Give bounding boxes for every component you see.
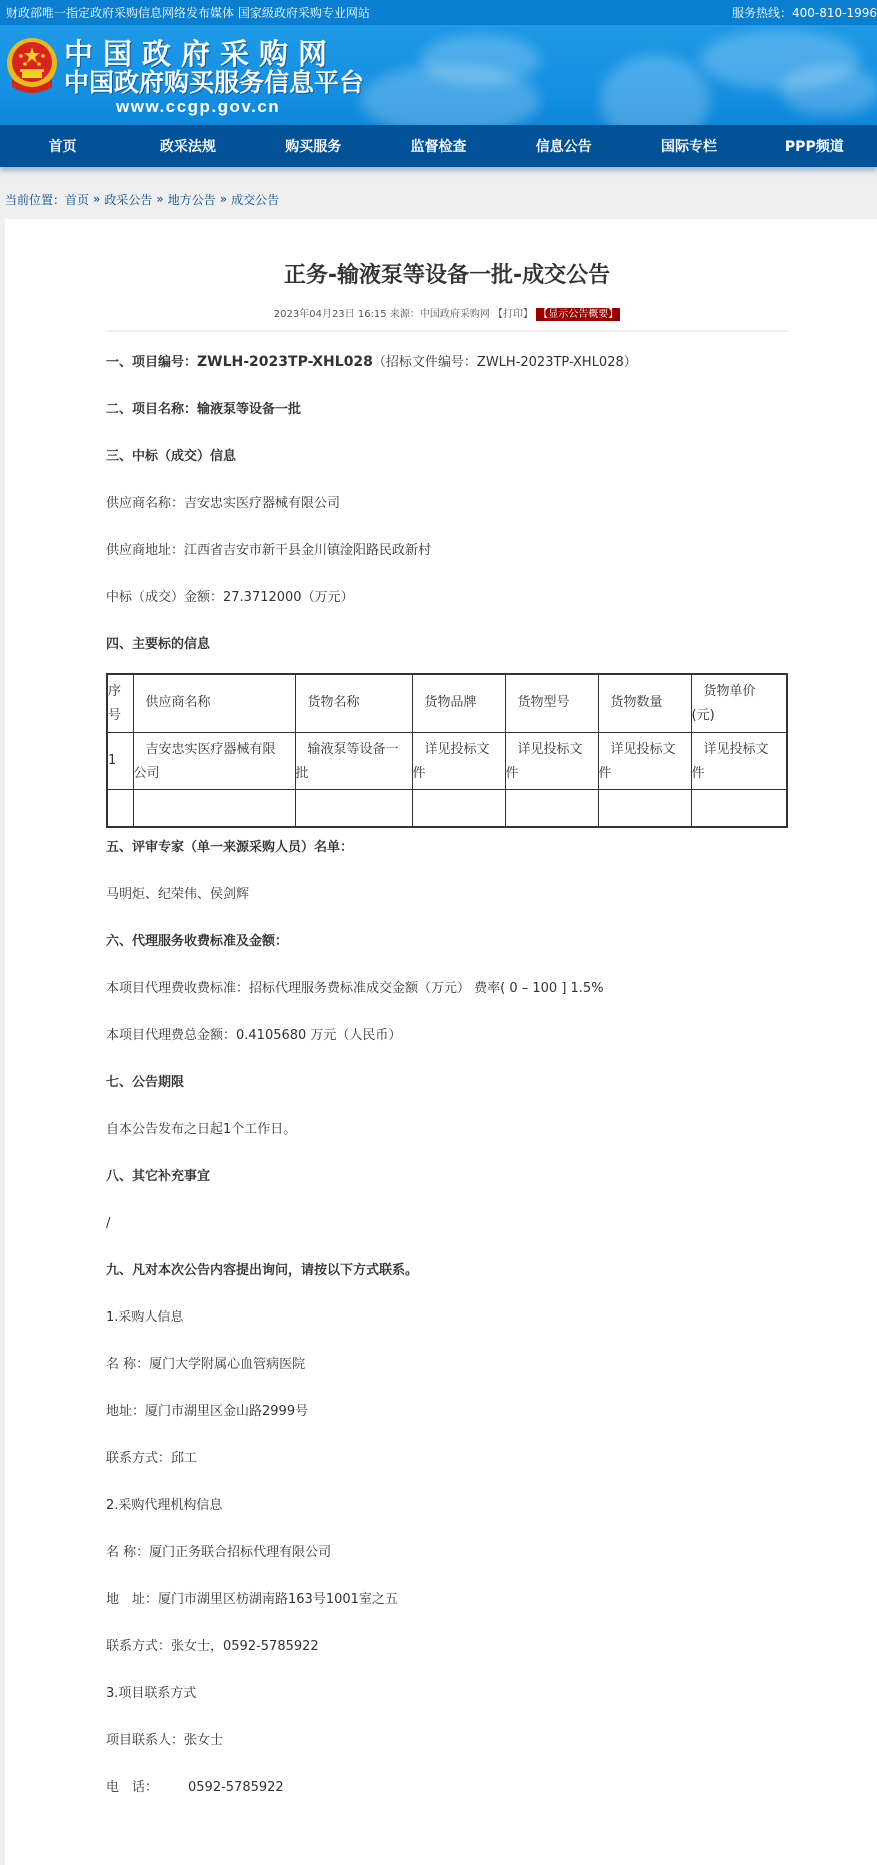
buyer-address: 地址：厦门市湖里区金山路2999号 [106,1402,788,1422]
award-amount: 中标（成交）金额：27.3712000（万元） [106,588,788,608]
site-logo[interactable]: 中国政府采购网 中国政府购买服务信息平台 www.ccgp.gov.cn [64,39,364,117]
section-main-items: 四、主要标的信息 [106,635,788,655]
nav-item-regulations[interactable]: 政采法规 [125,136,250,156]
logo-url: www.ccgp.gov.cn [116,97,364,117]
nav-item-supervision[interactable]: 监督检查 [376,136,501,156]
cell-unit-price: 详见投标文件 [691,732,787,789]
table-header-row: 序号 供应商名称 货物名称 货物品牌 货物型号 货物数量 货物单价(元) [107,674,787,732]
header-brand: 货物品牌 [412,674,505,732]
breadcrumb-deal-announcements[interactable]: 成交公告 [231,191,279,208]
logo-subtitle: 中国政府购买服务信息平台 [64,69,364,97]
page-title: 正务-输液泵等设备一批-成交公告 [106,261,788,291]
fee-standard: 本项目代理费收费标准：招标代理服务费标准成交金额（万元） 费率( 0 – 100… [106,979,788,999]
logo-title: 中国政府采购网 [64,39,364,69]
tender-doc-code: （招标文件编号：ZWLH-2023TP-XHL028） [373,355,637,370]
buyer-name: 名 称：厦门大学附属心血管病医院 [106,1355,788,1375]
agency-heading: 2.采购代理机构信息 [106,1496,788,1516]
site-slogan: 财政部唯一指定政府采购信息网络发布媒体 国家级政府采购专业网站 [6,4,370,21]
supplier-name: 供应商名称：吉安忠实医疗器械有限公司 [106,494,788,514]
project-code: ZWLH-2023TP-XHL028 [197,354,373,370]
nav-item-ppp[interactable]: PPP频道 [752,136,877,156]
nav-item-purchase-services[interactable]: 购买服务 [251,136,376,156]
section-award-info: 三、中标（成交）信息 [106,447,788,467]
project-contact-person: 项目联系人：张女士 [106,1731,788,1751]
phone-label: 电 话： [106,1780,158,1795]
header-model: 货物型号 [505,674,598,732]
phone-number: 0592-5785922 [188,1780,284,1795]
section-project-name: 二、项目名称：输液泵等设备一批 [106,400,788,420]
agency-contact: 联系方式：张女士，0592-5785922 [106,1637,788,1657]
cell-supplier: 吉安忠实医疗器械有限公司 [133,732,295,789]
buyer-heading: 1.采购人信息 [106,1308,788,1328]
header-supplier: 供应商名称 [133,674,295,732]
cell-goods-name: 输液泵等设备一批 [295,732,412,789]
nav-item-international[interactable]: 国际专栏 [626,136,751,156]
buyer-contact: 联系方式：邱工 [106,1449,788,1469]
breadcrumb-separator: » [93,192,100,206]
breadcrumb-prefix: 当前位置： [5,191,65,208]
print-link[interactable]: 【打印】 [493,309,533,320]
table-row-empty [107,789,787,827]
header-goods-name: 货物名称 [295,674,412,732]
other-matters: / [106,1214,788,1234]
section-other: 八、其它补充事宜 [106,1167,788,1187]
header-unit-price: 货物单价(元) [691,674,787,732]
breadcrumb-local-announcements[interactable]: 地方公告 [168,191,216,208]
header-seq: 序号 [107,674,133,732]
service-hotline: 服务热线：400-810-1996 [732,4,877,21]
cell-brand: 详见投标文件 [412,732,505,789]
source-name: 中国政府采购网 [420,309,490,320]
section-agency-fee: 六、代理服务收费标准及金额： [106,932,788,952]
table-row: 1 吉安忠实医疗器械有限公司 输液泵等设备一批 详见投标文件 详见投标文件 详见… [107,732,787,789]
breadcrumb-separator: » [156,192,163,206]
cell-seq: 1 [107,732,133,789]
show-summary-button[interactable]: 【显示公告概要】 [536,308,620,321]
site-banner: 中国政府采购网 中国政府购买服务信息平台 www.ccgp.gov.cn [0,25,877,125]
cell-quantity: 详见投标文件 [598,732,691,789]
breadcrumb: 当前位置： 首页 » 政采公告 » 地方公告 » 成交公告 [0,167,877,219]
agency-name: 名 称：厦门正务联合招标代理有限公司 [106,1543,788,1563]
supplier-address: 供应商地址：江西省吉安市新干县金川镇淦阳路民政新村 [106,541,788,561]
content-panel: 正务-输液泵等设备一批-成交公告 2023年04月23日 16:15 来源：中国… [5,219,877,1865]
publish-datetime: 2023年04月23日 16:15 [274,309,387,320]
nav-item-announcements[interactable]: 信息公告 [501,136,626,156]
section-heading: 一、项目编号： [106,355,197,370]
announcement-period: 自本公告发布之日起1个工作日。 [106,1120,788,1140]
cell-model: 详见投标文件 [505,732,598,789]
project-phone: 电 话：0592-5785922 [106,1778,788,1798]
section-experts: 五、评审专家（单一来源采购人员）名单： [106,838,788,858]
goods-table: 序号 供应商名称 货物名称 货物品牌 货物型号 货物数量 货物单价(元) 1 吉… [106,673,788,828]
article: 正务-输液泵等设备一批-成交公告 2023年04月23日 16:15 来源：中国… [106,261,788,1798]
section-period: 七、公告期限 [106,1073,788,1093]
nav-item-home[interactable]: 首页 [0,136,125,156]
breadcrumb-home[interactable]: 首页 [65,191,89,208]
section-contact: 九、凡对本次公告内容提出询问，请按以下方式联系。 [106,1261,788,1281]
article-body: 一、项目编号：ZWLH-2023TP-XHL028（招标文件编号：ZWLH-20… [106,352,788,1798]
agency-address: 地 址：厦门市湖里区枋湖南路163号1001室之五 [106,1590,788,1610]
article-meta: 2023年04月23日 16:15 来源：中国政府采购网 【打印】 【显示公告概… [106,305,788,332]
top-info-bar: 财政部唯一指定政府采购信息网络发布媒体 国家级政府采购专业网站 服务热线：400… [0,0,877,25]
breadcrumb-separator: » [220,192,227,206]
national-emblem-icon [6,37,58,97]
breadcrumb-procurement-announcements[interactable]: 政采公告 [104,191,152,208]
project-contact-heading: 3.项目联系方式 [106,1684,788,1704]
source-label: 来源： [390,309,420,320]
fee-total: 本项目代理费总金额：0.4105680 万元（人民币） [106,1026,788,1046]
section-project-number: 一、项目编号：ZWLH-2023TP-XHL028（招标文件编号：ZWLH-20… [106,352,788,373]
header-quantity: 货物数量 [598,674,691,732]
experts-list: 马明炬、纪荣伟、侯剑辉 [106,885,788,905]
main-nav: 首页 政采法规 购买服务 监督检查 信息公告 国际专栏 PPP频道 [0,125,877,167]
